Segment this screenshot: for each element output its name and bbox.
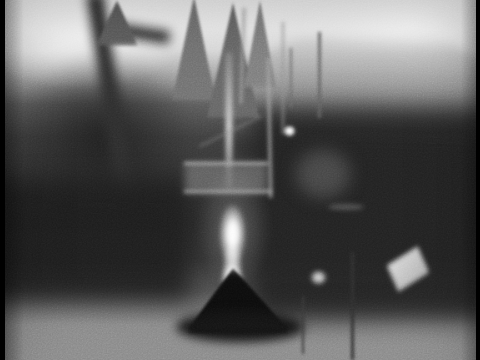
bright-blob [310,270,327,285]
photo-scene [0,0,480,360]
sapling-trunk [318,32,321,118]
fence-post [351,252,354,360]
video-frame[interactable] [0,0,480,360]
midground-shadow [0,180,190,300]
letterbox-bar-right [476,0,480,360]
sapling-trunk [290,48,292,108]
bright-spot [283,125,296,137]
derrick-rail [184,162,268,165]
derrick-leg [282,22,284,134]
light-wisp [328,204,364,210]
foreground-ground [0,290,480,360]
brush-texture [296,150,350,198]
letterbox-bar-left [0,0,5,360]
hillside-shadow [250,110,480,320]
fence-post [302,296,304,354]
video-player-stage [0,0,480,360]
